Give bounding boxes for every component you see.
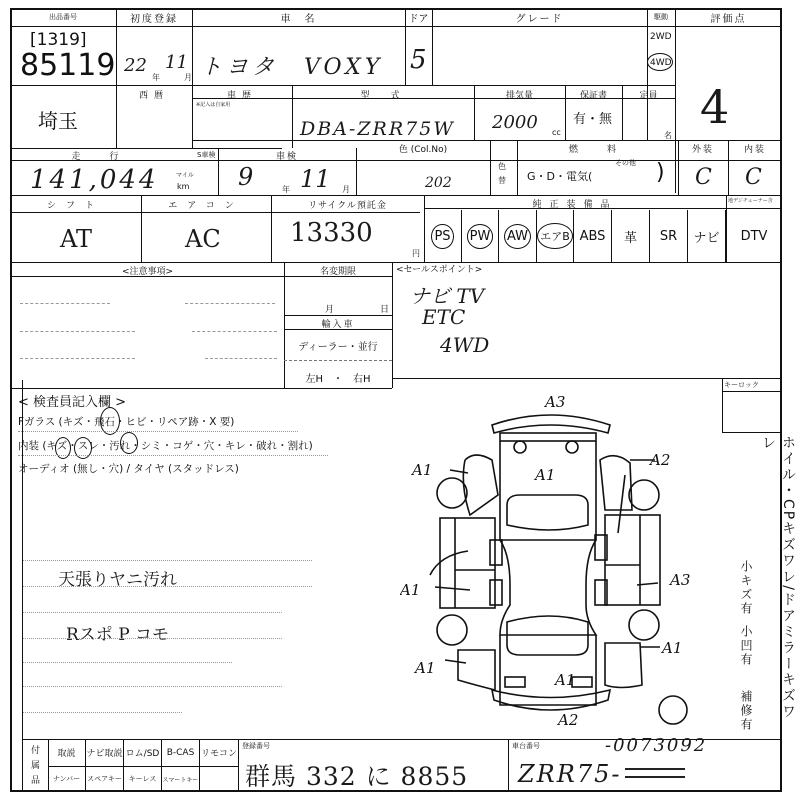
acc-manual: 取説 (48, 739, 86, 766)
warranty-options: 有・無 (573, 108, 612, 127)
mark-rear-right-quarter: A1 (660, 639, 682, 657)
import-label: 輸入車 (284, 317, 392, 330)
fuel-other-label: その他 (615, 158, 636, 168)
name-change-label: 名変期限 (284, 264, 392, 277)
equip-pw: PW (462, 210, 499, 262)
chassis-label: 車台番号 (512, 741, 540, 751)
model-value: DBA-ZRR75W (300, 118, 455, 140)
acc-spare-key: スペアキー (86, 766, 124, 792)
drive-label: 駆動 (647, 12, 675, 22)
mark-left-doors: A1 (400, 581, 420, 599)
warranty-label: 保証書 (565, 88, 622, 101)
dashed-line (20, 331, 135, 332)
lot-label: 出品番号 (10, 12, 116, 22)
door-label: ドア (405, 10, 432, 25)
struck-out-number (625, 768, 685, 778)
dashed-line (22, 560, 312, 561)
handle-label: 左H ・ 右H (284, 370, 392, 385)
lot-sub: [1319] (30, 30, 87, 50)
acc-rom-sd: ロム/SD (124, 739, 162, 766)
fuel-label: 燃 料 (517, 142, 678, 155)
acc-smart-key: スマートキー (162, 766, 200, 792)
month-label: 月 (325, 302, 334, 315)
first-reg-month: 11 (165, 52, 188, 73)
shaken-year: 9 (238, 163, 253, 191)
circle-mark (120, 432, 138, 454)
drive-2wd: 2WD (650, 32, 672, 42)
lot-number: 85119 (20, 48, 115, 83)
inspection-label: S車検 (197, 150, 215, 160)
dashed-line (22, 662, 232, 663)
accessories-row-1: 取説 ナビ取説 ロム/SD B-CAS リモコン (48, 739, 238, 766)
side-note-small-scratch: 小キズ有 (738, 560, 755, 616)
side-note-small-dent: 小凹有 (738, 625, 755, 667)
equipment-label: 純正装備品 (424, 197, 726, 210)
displacement-label: 排気量 (474, 88, 565, 101)
score-value: 4 (700, 80, 729, 134)
mark-tailgate: A1 (553, 671, 575, 689)
dashed-line (185, 303, 275, 304)
score-label: 評価点 (675, 10, 782, 25)
divider (22, 380, 23, 792)
equip-dtv: DTV (726, 210, 782, 262)
model-label: 型 式 (292, 88, 474, 101)
grade-label: グレード (432, 10, 647, 25)
dashed-line (18, 455, 328, 456)
divider (192, 8, 193, 148)
divider (116, 8, 117, 148)
divider (722, 391, 782, 392)
divider (356, 148, 357, 195)
inspector-note-2: Rスポ P コモ (66, 620, 169, 645)
tuner-label: 地デジチューナー含 (728, 197, 773, 204)
acc-navi-manual: ナビ取説 (86, 739, 124, 766)
acc-remote: リモコン (200, 739, 238, 766)
equip-aw: AW (499, 210, 537, 262)
equip-navi: ナビ (688, 210, 726, 262)
dealer-label: ディーラー・並行 (284, 338, 392, 353)
car-name-label: 車 名 (192, 10, 405, 25)
plate-label: 登録番号 (242, 741, 270, 751)
plate-number: 群馬 332 に 8855 (245, 757, 468, 793)
history-label: 車歴 (192, 88, 292, 101)
mark-hood: A1 (533, 466, 555, 484)
region: 埼玉 (38, 105, 78, 134)
mark-rear-bumper: A2 (556, 711, 578, 729)
divider (10, 195, 782, 196)
ac-label: エアコン (141, 198, 271, 211)
mark-right-rear-door: A3 (668, 571, 690, 589)
history-note: ※記入は自家用 (196, 101, 230, 108)
divider (192, 140, 782, 141)
acc-number-plate: ナンバー (48, 766, 86, 792)
door-count: 5 (410, 45, 427, 75)
dashed-line (22, 712, 182, 713)
shaken-month: 11 (300, 165, 331, 193)
equip-ps: PS (424, 210, 462, 262)
divider (238, 739, 239, 792)
month-unit: 月 (184, 72, 192, 83)
divider (10, 26, 782, 27)
color-label: 色 (Col.No) (356, 142, 490, 155)
chassis-number-corrected: -0073092 (605, 735, 707, 756)
acc-empty (200, 766, 238, 792)
divider (10, 85, 675, 86)
exterior-label: 外装 (678, 142, 728, 155)
dashed-line (22, 586, 312, 587)
interior-label: 内装 (728, 142, 782, 155)
year-unit: 年 (152, 72, 160, 83)
dashed-line (22, 686, 282, 687)
month-unit: 月 (342, 184, 350, 195)
side-note-wheel-mirror: ホイル・CPキズワレ/ドアミラーキズワレ (758, 435, 798, 735)
equip-abs: ABS (574, 210, 612, 262)
divider (490, 140, 491, 195)
divider (508, 739, 509, 792)
km-unit: km (177, 182, 189, 191)
year-unit: 年 (282, 184, 290, 195)
cc-unit: cc (552, 128, 561, 137)
day-label: 日 (380, 302, 389, 315)
sales-point-2: ETC (422, 305, 465, 329)
displacement-value: 2000 (492, 112, 538, 133)
mileage-label: 走 行 (10, 149, 190, 162)
divider (392, 262, 393, 388)
dashed-line (20, 303, 110, 304)
shift-label: シフト (10, 198, 141, 211)
dashed-line (20, 358, 135, 359)
inspector-line-audio: オーディオ (無し・穴) / タイヤ (スタッドレス) (18, 461, 239, 476)
divider (10, 388, 392, 389)
mark-front-left-fender: A1 (410, 461, 432, 479)
equip-airbag: エアB (537, 210, 574, 262)
interior-value: C (745, 165, 762, 190)
dashed-line (22, 612, 282, 613)
color-change-label: 色替 (498, 160, 508, 188)
first-reg-year: 22 (124, 55, 147, 76)
divider (647, 8, 648, 140)
equip-leather: 革 (612, 210, 650, 262)
caution-label: <注意事項> (10, 264, 285, 277)
chassis-prefix: ZRR75- (518, 760, 621, 788)
fuel-options: G・D・電気( (527, 168, 592, 184)
dashed-line (18, 431, 298, 432)
car-damage-diagram: A3 A1 A1 A2 A1 A3 A1 A1 A1 A2 (400, 385, 720, 730)
shaken-label: 車検 (218, 149, 356, 162)
recycle-fee: 13330 (290, 218, 373, 248)
ac-value: AC (185, 225, 221, 253)
mark-front-right-fender: A2 (648, 451, 670, 469)
sales-point-label: <セールスポイント> (396, 262, 482, 275)
acc-keyless: キーレス (124, 766, 162, 792)
accessories-label: 付属品 (31, 744, 41, 789)
first-reg-label: 初度登録 (116, 10, 192, 25)
mark-rear-left-quarter: A1 (413, 659, 435, 677)
capacity-label: 定員 (622, 88, 675, 101)
recycle-label: リサイクル預託金 (271, 198, 424, 211)
dashed-line (192, 331, 277, 332)
mark-front-bumper: A3 (543, 393, 565, 411)
equipment-row: PS PW AW エアB ABS 革 SR ナビ DTV (424, 210, 782, 262)
drive-4wd-circle (647, 53, 673, 71)
mile-unit: マイル (176, 170, 194, 179)
key-lock-label: キーロック (724, 380, 759, 390)
side-note-repair: 補修有 (738, 690, 755, 732)
sales-point-3: 4WD (440, 333, 489, 357)
inspector-line-glass: Fガラス (キズ・飛石・ヒビ・リペア跡・X 要) (18, 414, 234, 429)
accessories-row-2: ナンバー スペアキー キーレス スマートキー (48, 766, 238, 792)
divider (284, 360, 392, 361)
dashed-line (205, 358, 277, 359)
fuel-close-paren: ) (656, 160, 665, 185)
divider (284, 315, 392, 316)
acc-bcas: B-CAS (162, 739, 200, 766)
front-bumper (492, 415, 610, 433)
dashed-line (22, 638, 282, 639)
car-name: トヨタ VOXY (200, 50, 383, 81)
divider (675, 8, 676, 193)
seireki-label: 西暦 (116, 88, 192, 101)
mileage-value: 141,044 (30, 165, 159, 195)
divider (10, 212, 420, 213)
shift-value: AT (60, 225, 92, 253)
color-value: 202 (425, 175, 452, 191)
exterior-value: C (695, 165, 712, 190)
equip-sunroof: SR (650, 210, 688, 262)
yen-unit: 円 (412, 248, 420, 259)
